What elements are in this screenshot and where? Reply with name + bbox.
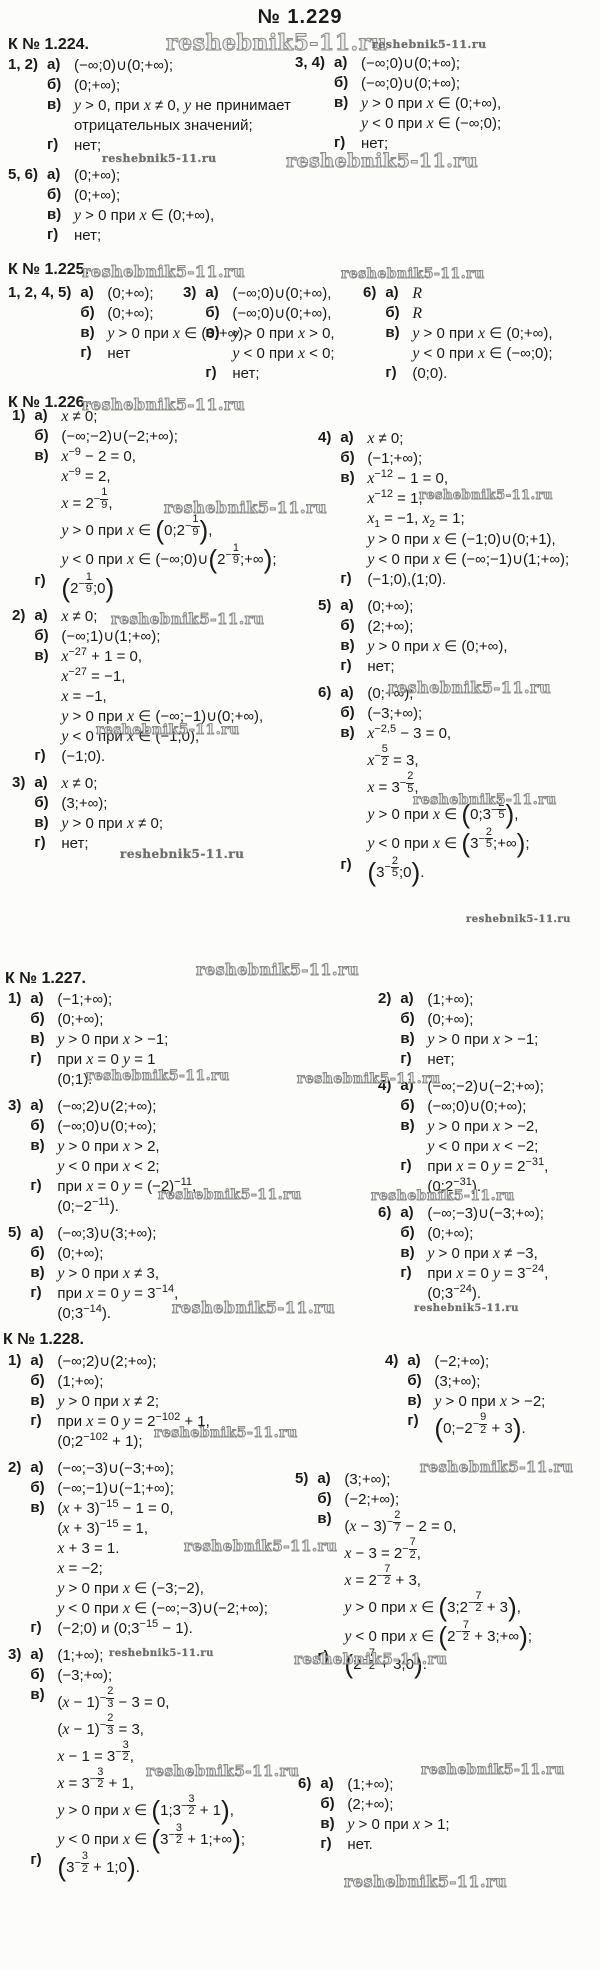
item-label: а) [80, 284, 107, 301]
solution-item: а)x ≠ 0; [340, 429, 569, 449]
item-label: г) [400, 1264, 427, 1281]
group-number: 1) [8, 990, 21, 1007]
item-lines: (1;+∞); [347, 1775, 393, 1795]
group-number: 1, 2) [8, 56, 38, 73]
item-lines: нет; [232, 364, 259, 384]
solution-item: г)нет; [334, 134, 501, 154]
solution-item: в)x−12 − 1 = 0,x−12 = 1,x1 = −1, x2 = 1;… [340, 469, 569, 570]
math-line: (−∞;1)∪(1;+∞); [61, 627, 160, 647]
math-line: y < 0 при x < 0; [232, 344, 334, 364]
math-line: (3;+∞); [434, 1372, 480, 1392]
item-list: а)(3;+∞);б)(−2;+∞);в)(x − 3)−27 − 2 = 0,… [317, 1470, 532, 1677]
math-line: x = 3−25, [367, 771, 529, 798]
item-label: б) [407, 1372, 434, 1389]
solution-item: в)y > 0 при x ∈ (0;+∞), [340, 637, 507, 657]
math-line: (0;+∞); [427, 1224, 473, 1244]
big-paren-open: ( [367, 857, 376, 887]
solution-block: 3)а)(−∞;0)∪(0;+∞),б)(−∞;0)∪(0;+∞),в)y > … [183, 284, 335, 391]
item-label: а) [340, 429, 367, 446]
solution-item: б)(−1;+∞); [340, 449, 569, 469]
item-lines: y > 0 при x > −2,y < 0 при x < −2; [427, 1117, 538, 1157]
solution-group: 4)а)(−2;+∞);б)(3;+∞);в)y > 0 при x > −2;… [385, 1352, 545, 1441]
item-label: в) [334, 94, 361, 111]
solution-item: б)(−∞;0)∪(0;+∞); [334, 74, 501, 94]
solution-item: в)y > 0 при x > 2,y < 0 при x < 2; [30, 1137, 196, 1177]
math-line: x − 1 = 3−32, [57, 1740, 245, 1767]
item-lines: y > 0 при x > −2; [434, 1392, 545, 1412]
item-label: г) [385, 364, 412, 381]
math-line: y < 0 при x ∈ (−∞;0); [412, 344, 552, 364]
solution-item: г)(2−72 + 3;0). [317, 1648, 532, 1677]
group-number: 2) [12, 607, 25, 624]
math-line: (x − 1)−23 = 3, [57, 1713, 245, 1740]
group-number: 5, 6) [8, 166, 38, 183]
solution-item: б)(−3;+∞); [340, 704, 529, 724]
solution-group: 2)а)x ≠ 0;б)(−∞;1)∪(1;+∞);в)x−27 + 1 = 0… [12, 607, 277, 767]
item-lines: (−∞;1)∪(1;+∞); [61, 627, 160, 647]
item-label: а) [334, 54, 361, 71]
math-line: (0;0). [412, 364, 447, 384]
item-list: а)(−∞;2)∪(2;+∞);б)(−∞;0)∪(0;+∞);в)y > 0 … [30, 1097, 196, 1217]
math-line: (0;+∞); [427, 1010, 473, 1030]
watermark: reshebnik5-11.ru [372, 38, 487, 51]
item-lines: нет; [74, 226, 101, 246]
math-line: (2;+∞); [347, 1795, 393, 1815]
math-line: (−∞;2)∪(2;+∞); [57, 1352, 156, 1372]
item-lines: нет; [361, 134, 388, 154]
math-line: (0;2−31). [427, 1177, 548, 1197]
item-label: а) [47, 56, 74, 73]
solution-group: 1, 2)а)(−∞;0)∪(0;+∞);б)(0;+∞);в)y > 0, п… [8, 56, 291, 156]
fraction: 27 [393, 1510, 401, 1534]
math-line: y > 0 при x ∈ (3;2−72 + 3), [344, 1591, 532, 1620]
item-lines: (2;+∞); [367, 617, 413, 637]
fraction: 32 [175, 1823, 183, 1847]
item-lines: (x + 3)−15 − 1 = 0,(x + 3)−15 = 1,x + 3 … [57, 1499, 268, 1619]
group-number: 5) [318, 597, 331, 614]
math-line: x−27 + 1 = 0, [61, 647, 263, 667]
solution-group: 2)а)(−∞;−3)∪(−3;+∞);б)(−∞;−1)∪(−1;+∞);в)… [8, 1459, 268, 1639]
item-lines: (−∞;−2)∪(−2;+∞); [427, 1077, 544, 1097]
item-lines: (1;+∞); [57, 1372, 103, 1392]
solution-group: 6)а)(1;+∞);б)(2;+∞);в)y > 0 при x > 1;г)… [298, 1775, 450, 1855]
item-lines: R [412, 304, 422, 324]
solution-group: 5, 6)а)(0;+∞);б)(0;+∞);в)y > 0 при x ∈ (… [8, 166, 214, 246]
item-lines: нет [107, 344, 130, 364]
item-lines: (−∞;2)∪(2;+∞); [57, 1097, 156, 1117]
fraction: 72 [368, 1648, 376, 1672]
item-label: б) [30, 1117, 57, 1134]
fraction: 23 [106, 1686, 114, 1710]
math-line: (0;+∞); [367, 597, 413, 617]
solution-item: в)y > 0 при x ≠ −3, [400, 1244, 548, 1264]
solution-item: г)(−1;0). [34, 747, 263, 767]
math-line: (3;+∞); [344, 1470, 390, 1490]
math-line: y > 0 при x ≠ 2; [57, 1392, 159, 1412]
item-lines: (−∞;−1)∪(−1;+∞); [57, 1479, 174, 1499]
item-lines: x ≠ 0; [367, 429, 403, 449]
solution-block: 5)а)(3;+∞);б)(−2;+∞);в)(x − 3)−27 − 2 = … [295, 1470, 532, 1684]
item-list: а)(−∞;2)∪(2;+∞);б)(1;+∞);в)y > 0 при x ≠… [30, 1352, 209, 1452]
item-lines: (−∞;0)∪(0;+∞); [57, 1117, 156, 1137]
item-lines: нет; [61, 834, 88, 854]
item-label: в) [400, 1117, 427, 1134]
item-label: а) [400, 1077, 427, 1094]
big-paren-open: ( [438, 1621, 447, 1651]
item-label: а) [385, 284, 412, 301]
math-line: y > 0 при x ≠ 3, [57, 1264, 159, 1284]
big-paren-open: ( [155, 515, 164, 545]
math-line: x = 2−72 + 3, [344, 1564, 532, 1591]
solution-item: а)(−∞;−3)∪(−3;+∞); [30, 1459, 268, 1479]
item-label: г) [34, 572, 61, 589]
item-label: а) [34, 407, 61, 424]
item-label: в) [340, 469, 367, 486]
big-paren-close: ) [221, 1795, 230, 1825]
solution-item: б)(2;+∞); [340, 617, 507, 637]
item-label: а) [320, 1775, 347, 1792]
item-label: г) [334, 134, 361, 151]
item-lines: (0;+∞); [367, 597, 413, 617]
math-line: (0;+∞); [57, 1244, 103, 1264]
item-lines: x−2,5 − 3 = 0,x−52 = 3,x = 3−25,y > 0 пр… [367, 724, 529, 856]
big-paren-open: ( [151, 1795, 160, 1825]
math-line: y > 0 при x > −1; [427, 1030, 538, 1050]
item-lines: x−27 + 1 = 0,x−27 = −1,x = −1,y > 0 при … [61, 647, 263, 747]
item-label: б) [80, 304, 107, 321]
solution-item: а)x ≠ 0; [34, 607, 263, 627]
group-number: 5) [8, 1224, 21, 1241]
math-line: (−2;+∞); [344, 1490, 399, 1510]
math-line: y < 0 при x ∈ (−∞;−3)∪(−2;+∞); [57, 1599, 268, 1619]
math-line: (1;+∞); [347, 1775, 393, 1795]
math-line: (−∞;2)∪(2;+∞); [57, 1097, 156, 1117]
item-lines: x ≠ 0; [61, 607, 97, 627]
solution-item: г)при x = 0 y = (−2)−11,(0;−2−11). [30, 1177, 196, 1217]
math-line: (−1;+∞); [367, 449, 422, 469]
solution-item: б)(0;+∞); [47, 186, 214, 206]
item-label: а) [30, 1224, 57, 1241]
math-line: y > 0 при x ∈ (0;3−25), [367, 798, 529, 827]
item-lines: (1;+∞); [427, 990, 473, 1010]
big-paren-open: ( [151, 1824, 160, 1854]
item-lines: (3;+∞); [434, 1372, 480, 1392]
item-lines: (−∞;0)∪(0;+∞); [361, 74, 460, 94]
solution-item: г)нет; [47, 226, 214, 246]
item-label: в) [30, 1499, 57, 1516]
math-line: при x = 0 y = 3−14, [57, 1284, 178, 1304]
item-lines: (0;+∞); [74, 166, 120, 186]
item-label: а) [30, 1459, 57, 1476]
item-label: г) [340, 570, 367, 587]
solution-item: б)(−∞;−2)∪(−2;+∞); [34, 427, 276, 447]
item-lines: y > 0 при x ∈ (0;+∞), [367, 637, 507, 657]
solution-item: г)нет. [320, 1835, 449, 1855]
solution-item: г)(3−25;0). [340, 856, 529, 885]
item-label: в) [205, 324, 232, 341]
math-line: (−∞;0)∪(0;+∞); [74, 56, 173, 76]
item-lines: (−1;+∞); [57, 990, 112, 1010]
fraction: 25 [485, 827, 493, 851]
fraction: 72 [474, 1591, 482, 1615]
item-lines: (1;+∞); [57, 1646, 103, 1666]
solution-item: б)(0;+∞); [30, 1010, 168, 1030]
item-list: а)(−∞;−3)∪(−3;+∞);б)(0;+∞);в)y > 0 при x… [400, 1204, 548, 1304]
big-paren-open: ( [438, 1592, 447, 1622]
solution-item: в)y > 0 при x ≠ 0; [34, 814, 163, 834]
item-list: а)x ≠ 0;б)(−1;+∞);в)x−12 − 1 = 0,x−12 = … [340, 429, 569, 590]
solution-item: г)(0;0). [385, 364, 552, 384]
math-line: при x = 0 y = 2−102 + 1, [57, 1412, 209, 1432]
fraction: 72 [409, 1537, 417, 1561]
math-line: (2;+∞); [367, 617, 413, 637]
item-label: а) [34, 607, 61, 624]
watermark: reshebnik5-11.ru [341, 266, 485, 282]
item-label: г) [400, 1050, 427, 1067]
item-lines: y > 0 при x ∈ (0;+∞), [74, 206, 214, 226]
item-label: в) [47, 206, 74, 223]
math-line: x = −2; [57, 1559, 268, 1579]
item-lines: (x − 3)−27 − 2 = 0,x − 3 = 2−72,x = 2−72… [344, 1510, 532, 1648]
math-line: y > 0 при x ∈ (0;+∞), [361, 94, 501, 114]
item-label: б) [34, 794, 61, 811]
fraction: 25 [391, 856, 399, 880]
math-line: (1;+∞); [57, 1646, 103, 1666]
item-lines: (0;+∞); [74, 76, 120, 96]
item-label: г) [340, 856, 367, 873]
solution-item: в)(x + 3)−15 − 1 = 0,(x + 3)−15 = 1,x + … [30, 1499, 268, 1619]
group-number: 3, 4) [295, 54, 325, 71]
solution-item: б)(3;+∞); [407, 1372, 545, 1392]
item-lines: при x = 0 y = 2−31,(0;2−31). [427, 1157, 548, 1197]
item-lines: R [412, 284, 422, 304]
solution-item: г)(2−19;0) [34, 572, 276, 601]
item-list: а)(−2;+∞);б)(3;+∞);в)y > 0 при x > −2;г)… [407, 1352, 545, 1441]
item-label: г) [340, 657, 367, 674]
math-line: нет; [367, 657, 394, 677]
item-lines: y > 0 при x ≠ −3, [427, 1244, 537, 1264]
solution-item: а)(0;+∞); [47, 166, 214, 186]
item-label: б) [334, 74, 361, 91]
math-line: y > 0 при x > −2, [427, 1117, 538, 1137]
solution-block: 1)а)(−1;+∞);б)(0;+∞);в)y > 0 при x > −1;… [8, 990, 196, 1331]
item-lines: (0;+∞); [57, 1010, 103, 1030]
solution-item: г)при x = 0 y = 2−31,(0;2−31). [400, 1157, 548, 1197]
item-list: а)Rб)Rв)y > 0 при x ∈ (0;+∞),y < 0 при x… [385, 284, 552, 384]
item-label: г) [317, 1648, 344, 1665]
fraction: 32 [81, 1851, 89, 1875]
math-line: (−∞;0)∪(0;+∞); [361, 54, 460, 74]
solution-item: г)(0;−2−92 + 3). [407, 1412, 545, 1441]
solution-item: в)y > 0 при x ∈ (0;+∞), [47, 206, 214, 226]
math-line: y > 0 при x ∈ (−1;0)∪(0;+1), [367, 530, 569, 550]
solution-item: в)y > 0 при x > 1; [320, 1815, 449, 1835]
fraction: 92 [479, 1412, 487, 1436]
big-paren-close: ) [106, 573, 115, 603]
math-line: (1;+∞); [427, 990, 473, 1010]
fraction: 23 [106, 1713, 114, 1737]
solution-item: б)(−2;+∞); [317, 1490, 532, 1510]
item-label: б) [317, 1490, 344, 1507]
solution-block: 4)а)(−2;+∞);б)(3;+∞);в)y > 0 при x > −2;… [385, 1352, 545, 1448]
math-line: (0;2−102 + 1); [57, 1432, 209, 1452]
math-line: (x − 1)−23 − 3 = 0, [57, 1686, 245, 1713]
item-list: а)(1;+∞);б)(−3;+∞);в)(x − 1)−23 − 3 = 0,… [30, 1646, 245, 1880]
solution-item: а)(0;+∞); [340, 684, 529, 704]
item-list: а)x ≠ 0;б)(−∞;1)∪(1;+∞);в)x−27 + 1 = 0,x… [34, 607, 263, 767]
solution-item: в)y > 0 при x > −2,y < 0 при x < −2; [400, 1117, 548, 1157]
item-label: г) [30, 1284, 57, 1301]
math-line: y > 0 при x ∈ (−3;−2), [57, 1579, 268, 1599]
solution-group: 5)а)(0;+∞);б)(2;+∞);в)y > 0 при x ∈ (0;+… [318, 597, 569, 677]
item-lines: (−∞;−3)∪(−3;+∞); [57, 1459, 174, 1479]
item-lines: (−3;+∞); [57, 1666, 112, 1686]
math-line: y > 0 при x ≠ 0; [61, 814, 163, 834]
solution-item: б)R [385, 304, 552, 324]
solution-group: 3)а)x ≠ 0;б)(3;+∞);в)y > 0 при x ≠ 0;г)н… [12, 774, 277, 854]
big-paren-close: ) [200, 515, 209, 545]
solution-group: 5)а)(−∞;3)∪(3;+∞);б)(0;+∞);в)y > 0 при x… [8, 1224, 196, 1324]
solution-item: б)(2;+∞); [320, 1795, 449, 1815]
item-lines: (0;+∞); [367, 684, 413, 704]
solution-item: в)y > 0 при x > −1; [400, 1030, 538, 1050]
item-lines: y > 0 при x ∈ (0;+∞),y < 0 при x ∈ (−∞;0… [412, 324, 552, 364]
math-line: x ≠ 0; [61, 407, 97, 427]
item-lines: y > 0 при x ≠ 3, [57, 1264, 159, 1284]
solution-item: г)нет; [47, 136, 291, 156]
math-line: (−3;+∞); [367, 704, 422, 724]
math-line: (−∞;0)∪(0;+∞), [232, 284, 331, 304]
math-line: x ≠ 0; [61, 607, 97, 627]
solution-item: г)при x = 0 y = 1(0;1). [30, 1050, 168, 1090]
item-label: в) [34, 647, 61, 664]
solution-item: а)(1;+∞); [30, 1646, 245, 1666]
item-list: а)(1;+∞);б)(2;+∞);в)y > 0 при x > 1;г)не… [320, 1775, 449, 1855]
solution-item: б)(−3;+∞); [30, 1666, 245, 1686]
math-line: y < 0 при x < −2; [427, 1137, 538, 1157]
item-lines: (−∞;2)∪(2;+∞); [57, 1352, 156, 1372]
item-label: в) [385, 324, 412, 341]
math-line: (3;+∞); [61, 794, 107, 814]
math-line: (0;+∞); [367, 684, 413, 704]
item-label: в) [400, 1030, 427, 1047]
math-line: (−∞;0)∪(0;+∞); [57, 1117, 156, 1137]
math-line: (−∞;−3)∪(−3;+∞); [57, 1459, 174, 1479]
math-line: y > 0 при x > 1; [347, 1815, 449, 1835]
math-line: при x = 0 y = 1 [57, 1050, 155, 1070]
item-lines: (−∞;−2)∪(−2;+∞); [61, 427, 178, 447]
item-label: б) [30, 1244, 57, 1261]
item-label: в) [30, 1137, 57, 1154]
math-line: (1;+∞); [57, 1372, 103, 1392]
group-number: 4) [318, 429, 331, 446]
solution-item: в)y > 0, при x ≠ 0, y не принимаетотрица… [47, 96, 291, 136]
group-number: 6) [318, 684, 331, 701]
item-label: в) [30, 1264, 57, 1281]
solution-group: 1)а)(−∞;2)∪(2;+∞);б)(1;+∞);в)y > 0 при x… [8, 1352, 268, 1452]
solution-group: 1)а)(−1;+∞);б)(0;+∞);в)y > 0 при x > −1;… [8, 990, 196, 1090]
math-line: y > 0, при x ≠ 0, y не принимает [74, 96, 291, 116]
item-label: г) [30, 1177, 57, 1194]
item-lines: (3−32 + 1;0). [57, 1851, 140, 1880]
group-number: 2) [8, 1459, 21, 1476]
item-list: а)(−∞;−3)∪(−3;+∞);б)(−∞;−1)∪(−1;+∞);в)(x… [30, 1459, 268, 1639]
math-line: x−27 = −1, [61, 667, 263, 687]
math-line: x−52 = 3, [367, 744, 529, 771]
solution-item: а)(−∞;2)∪(2;+∞); [30, 1097, 196, 1117]
item-list: а)(0;+∞);б)(0;+∞);в)y > 0 при x ∈ (0;+∞)… [47, 166, 214, 246]
math-line: нет [107, 344, 130, 364]
big-paren-close: ) [517, 828, 526, 858]
solution-item: а)x ≠ 0; [34, 407, 276, 427]
item-lines: y > 0 при x ≠ 0; [61, 814, 163, 834]
math-line: (−∞;0)∪(0;+∞); [361, 74, 460, 94]
item-label: а) [400, 1204, 427, 1221]
item-label: г) [34, 834, 61, 851]
item-label: в) [340, 724, 367, 741]
group-number: 1, 2, 4, 5) [8, 284, 71, 301]
solution-item: а)(−∞;0)∪(0;+∞), [205, 284, 334, 304]
solution-item: а)(−∞;−3)∪(−3;+∞); [400, 1204, 548, 1224]
item-label: в) [30, 1392, 57, 1409]
math-line: нет; [74, 226, 101, 246]
item-list: а)x ≠ 0;б)(−∞;−2)∪(−2;+∞);в)x−9 − 2 = 0,… [34, 407, 276, 600]
big-paren-close: ) [264, 544, 273, 574]
solution-item: г)при x = 0 y = 3−14,(0;3−14). [30, 1284, 178, 1324]
big-paren-close: ) [506, 799, 515, 829]
item-label: г) [47, 136, 74, 153]
item-lines: (−2;+∞); [344, 1490, 399, 1510]
solution-item: а)x ≠ 0; [34, 774, 163, 794]
math-line: (−∞;3)∪(3;+∞); [57, 1224, 156, 1244]
solution-block: 1, 2)а)(−∞;0)∪(0;+∞);б)(0;+∞);в)y > 0, п… [8, 56, 291, 163]
group-number: 6) [363, 284, 376, 301]
item-lines: y > 0 при x > −1; [427, 1030, 538, 1050]
solution-group: 6)а)Rб)Rв)y > 0 при x ∈ (0;+∞),y < 0 при… [363, 284, 553, 384]
solution-group: 4)а)(−∞;−2)∪(−2;+∞);б)(−∞;0)∪(0;+∞);в)y … [378, 1077, 548, 1197]
item-label: б) [340, 704, 367, 721]
watermark: reshebnik5-11.ru [172, 1298, 335, 1317]
solution-item: б)(1;+∞); [30, 1372, 209, 1392]
math-line: y > 0 при x ≠ −3, [427, 1244, 537, 1264]
item-lines: нет; [367, 657, 394, 677]
math-line: (−2;+∞); [434, 1352, 489, 1372]
solution-item: б)(0;+∞); [30, 1244, 178, 1264]
solution-item: б)(−∞;0)∪(0;+∞); [30, 1117, 196, 1137]
solution-item: г)(−1;0),(1;0). [340, 570, 569, 590]
watermark: reshebnik5-11.ru [344, 1872, 507, 1891]
item-lines: (x − 1)−23 − 3 = 0,(x − 1)−23 = 3,x − 1 … [57, 1686, 245, 1851]
solution-item: б)(0;+∞); [400, 1224, 548, 1244]
item-lines: при x = 0 y = 3−24,(0;3−24). [427, 1264, 548, 1304]
item-label: б) [30, 1010, 57, 1027]
solution-group: 3)а)(−∞;2)∪(2;+∞);б)(−∞;0)∪(0;+∞);в)y > … [8, 1097, 196, 1217]
math-line: (0;3−14). [57, 1304, 178, 1324]
item-label: в) [340, 637, 367, 654]
group-number: 2) [378, 990, 391, 1007]
item-label: в) [34, 814, 61, 831]
solution-item: г)(−2;0) и (0;3−15 − 1). [30, 1619, 268, 1639]
item-label: г) [205, 364, 232, 381]
solution-item: б)(0;+∞); [400, 1010, 538, 1030]
item-label: г) [30, 1619, 57, 1636]
math-line: y > 0 при x ∈ (0;2−19), [61, 514, 276, 543]
big-paren-open: ( [57, 1853, 66, 1883]
group-number: 4) [378, 1077, 391, 1094]
solution-item: б)(3;+∞); [34, 794, 163, 814]
solution-item: а)(−2;+∞); [407, 1352, 545, 1372]
solution-item: а)R [385, 284, 552, 304]
